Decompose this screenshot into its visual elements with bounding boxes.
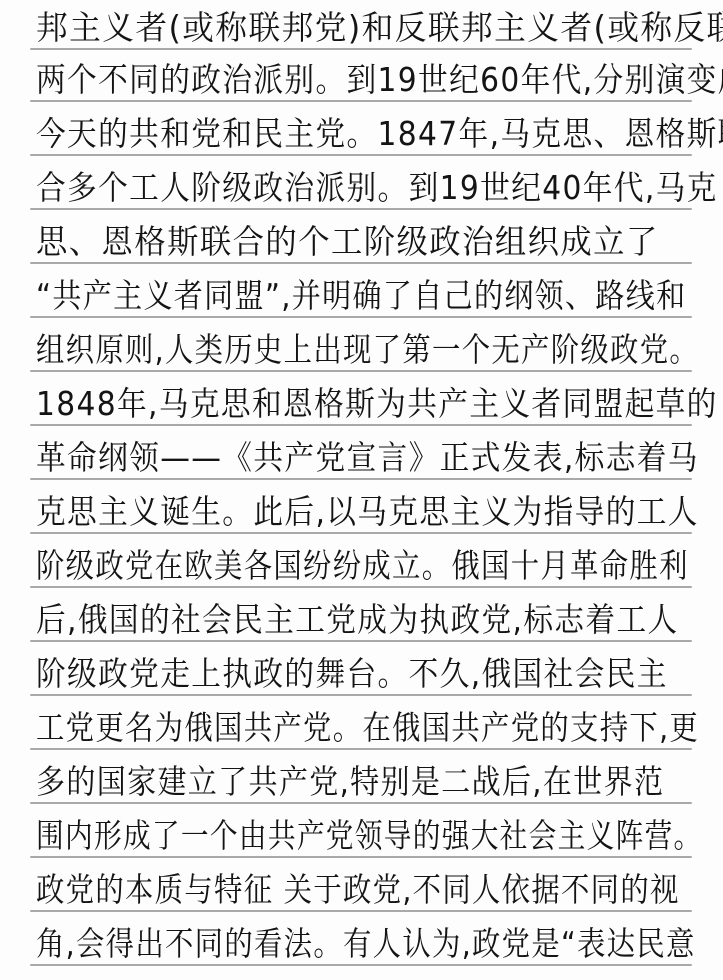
- text-line: 今天的共和党和民主党。1847年,马克思、恩格斯联: [30, 106, 692, 156]
- ruled-line: [30, 910, 692, 912]
- ruled-line: [30, 370, 692, 372]
- text-line: 合多个工人阶级政治派别。到19世纪40年代,马克: [30, 160, 692, 210]
- text-line: 1848年,马克思和恩格斯为共产主义者同盟起草的: [30, 376, 692, 426]
- ruled-line: [30, 316, 692, 318]
- ruled-line: [30, 856, 692, 858]
- text-line: 阶级政党在欧美各国纷纷成立。俄国十月革命胜利: [30, 538, 692, 588]
- ruled-line: [30, 208, 692, 210]
- line-text: 革命纲领——《共产党宣言》正式发表,标志着马: [36, 438, 626, 478]
- ruled-line: [30, 478, 692, 480]
- line-text: 两个不同的政治派别。到19世纪60年代,分别演变成: [36, 60, 626, 100]
- ruled-line: [30, 154, 692, 156]
- line-text: 克思主义诞生。此后,以马克思主义为指导的工人: [36, 492, 626, 532]
- line-text: 今天的共和党和民主党。1847年,马克思、恩格斯联: [36, 114, 626, 154]
- line-text: 组织原则,人类历史上出现了第一个无产阶级政党。: [36, 330, 600, 370]
- text-line: 阶级政党走上执政的舞台。不久,俄国社会民主: [30, 646, 692, 696]
- ruled-line: [30, 532, 692, 534]
- line-text: “共产主义者同盟”,并明确了自己的纲领、路线和: [36, 276, 613, 316]
- text-line: 思、恩格斯联合的个工阶级政治组织成立了: [30, 214, 692, 264]
- text-line: 多的国家建立了共产党,特别是二战后,在世界范: [30, 754, 692, 804]
- text-line: 工党更名为俄国共产党。在俄国共产党的支持下,更: [30, 700, 692, 750]
- line-text: 邦主义者(或称联邦党)和反联邦主义者(或称反联邦党): [36, 8, 666, 48]
- text-line: 邦主义者(或称联邦党)和反联邦主义者(或称反联邦党): [30, 0, 692, 50]
- text-line: 围内形成了一个由共产党领导的强大社会主义阵营。: [30, 808, 692, 858]
- line-text: 角,会得出不同的看法。有人认为,政党是“表达民意: [36, 924, 600, 964]
- line-text: 后,俄国的社会民主工党成为执政党,标志着工人: [36, 600, 626, 640]
- line-text: 1848年,马克思和恩格斯为共产主义者同盟起草的: [36, 384, 626, 424]
- ruled-line: [30, 100, 692, 102]
- ruled-line: [30, 640, 692, 642]
- line-text: 合多个工人阶级政治派别。到19世纪40年代,马克: [36, 168, 626, 208]
- ruled-line: [30, 748, 692, 750]
- text-line: 角,会得出不同的看法。有人认为,政党是“表达民意: [30, 916, 692, 966]
- ruled-line: [30, 586, 692, 588]
- line-text: 多的国家建立了共产党,特别是二战后,在世界范: [36, 762, 613, 802]
- ruled-line: [30, 802, 692, 804]
- ruled-line: [30, 262, 692, 264]
- notebook-page: 邦主义者(或称联邦党)和反联邦主义者(或称反联邦党) 两个不同的政治派别。到19…: [0, 0, 723, 980]
- text-line: 革命纲领——《共产党宣言》正式发表,标志着马: [30, 430, 692, 480]
- ruled-line: [30, 48, 692, 50]
- text-line: 政党的本质与特征 关于政党,不同人依据不同的视: [30, 862, 692, 912]
- ruled-line: [30, 964, 692, 966]
- text-line: 克思主义诞生。此后,以马克思主义为指导的工人: [30, 484, 692, 534]
- line-text: 围内形成了一个由共产党领导的强大社会主义阵营。: [36, 816, 587, 856]
- text-line: 组织原则,人类历史上出现了第一个无产阶级政党。: [30, 322, 692, 372]
- text-line: 后,俄国的社会民主工党成为执政党,标志着工人: [30, 592, 692, 642]
- text-line: “共产主义者同盟”,并明确了自己的纲领、路线和: [30, 268, 692, 318]
- line-text: 工党更名为俄国共产党。在俄国共产党的支持下,更: [36, 708, 600, 748]
- line-text: 阶级政党在欧美各国纷纷成立。俄国十月革命胜利: [36, 546, 600, 586]
- ruled-line: [30, 694, 692, 696]
- text-line: 两个不同的政治派别。到19世纪60年代,分别演变成: [30, 52, 692, 102]
- ruled-line: [30, 424, 692, 426]
- line-text: 思、恩格斯联合的个工阶级政治组织成立了: [36, 222, 659, 262]
- line-text: 阶级政党走上执政的舞台。不久,俄国社会民主: [36, 654, 626, 694]
- line-text: 政党的本质与特征 关于政党,不同人依据不同的视: [36, 870, 600, 910]
